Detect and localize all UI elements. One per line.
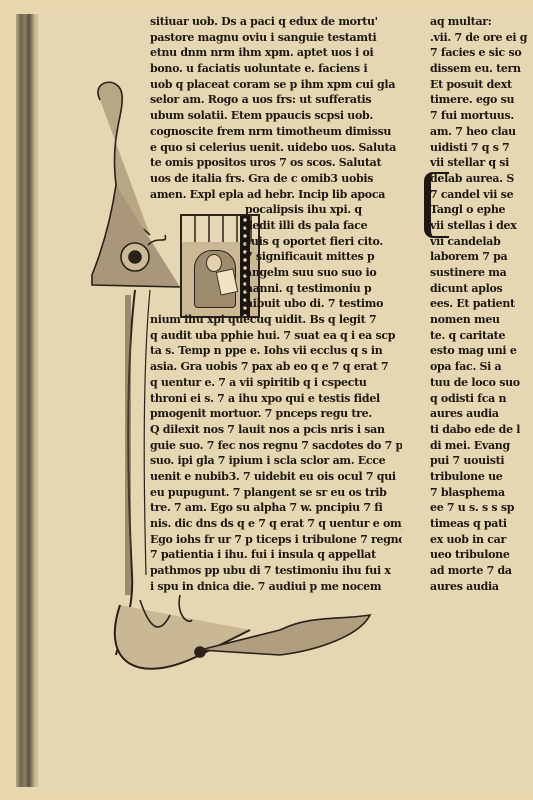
text-line: te omis ppositos uros 7 os scos. Salutat: [150, 155, 402, 171]
text-line: Tangl o ephe: [430, 202, 533, 218]
text-line: Ego iohs fr ur 7 p ticeps i tribulone 7 …: [150, 532, 402, 548]
text-line: 7 patientia i ihu. fui i insula q appell…: [150, 547, 402, 563]
text-line: q uentur e. 7 a vii spiritib q i cspectu: [150, 375, 402, 391]
text-line: eu pupugunt. 7 plangent se sr eu os trib: [150, 485, 402, 501]
text-line: q odisti fca n: [430, 391, 533, 407]
text-line: uob q placeat coram se p ihm xpm cui gla: [150, 77, 402, 93]
text-line: di mei. Evang: [430, 438, 533, 454]
text-line: timere. ego su: [430, 92, 533, 108]
right-text-column: aq multar: .vii. 7 de ore ei g 7 facies …: [430, 14, 533, 594]
text-line: pui 7 uouisti: [430, 453, 533, 469]
text-line: tribulone ue: [430, 469, 533, 485]
text-line: pastore magnu oviu i sanguie testamti: [150, 30, 402, 46]
text-line: hanni. q testimoniu p: [150, 281, 402, 297]
text-line: ee 7 u s. s s sp: [430, 500, 533, 516]
text-line: pocalipsis ihu xpi. q: [150, 202, 402, 218]
text-line: timeas q pati: [430, 516, 533, 532]
text-line: pathmos pp ubu di 7 testimoniu ihu fui x: [150, 563, 402, 579]
text-line: uidisti 7 q s 7: [430, 140, 533, 156]
text-line: guie suo. 7 fec nos regnu 7 sacdotes do …: [150, 438, 402, 454]
text-line: uos de italia frs. Gra de c omib3 uobis: [150, 171, 402, 187]
text-line: ta s. Temp n ppe e. Iohs vii ecclus q s …: [150, 343, 402, 359]
text-line: pmogenit mortuor. 7 pnceps regu tre.: [150, 406, 402, 422]
text-line: sitiuar uob. Ds a paci q edux de mortu': [150, 14, 402, 30]
text-line: bono. u faciatis uoluntate e. faciens i: [150, 61, 402, 77]
text-line: tuu de loco suo: [430, 375, 533, 391]
text-line: nomen meu: [430, 312, 533, 328]
text-line: .vii. 7 de ore ei g: [430, 30, 533, 46]
text-line: cognoscite frem nrm timotheum dimissu: [150, 124, 402, 140]
text-line: dedit illi ds pala face: [150, 218, 402, 234]
text-line: ad morte 7 da: [430, 563, 533, 579]
text-line: tre. 7 am. Ego su alpha 7 w. pncipiu 7 f…: [150, 500, 402, 516]
text-line: etnu dnm nrm ihm xpm. aptet uos i oi: [150, 45, 402, 61]
text-line: Et posuit dext: [430, 77, 533, 93]
text-line: hibuit ubo di. 7 testimo: [150, 296, 402, 312]
text-line: dissem eu. tern: [430, 61, 533, 77]
text-line: ees. Et patient: [430, 296, 533, 312]
text-line: ti dabo ede de l: [430, 422, 533, 438]
text-line: 7 facies e sic so: [430, 45, 533, 61]
text-line: aq multar:: [430, 14, 533, 30]
text-line: dicunt aplos: [430, 281, 533, 297]
text-line: 7 blasphema: [430, 485, 533, 501]
text-line: opa fac. Si a: [430, 359, 533, 375]
text-line: suo. ipi gla 7 ipium i scla sclor am. Ec…: [150, 453, 402, 469]
text-line: e quo si celerius uenit. uidebo uos. Sal…: [150, 140, 402, 156]
text-line: sustinere ma: [430, 265, 533, 281]
text-line: esto mag uni e: [430, 343, 533, 359]
text-line: angelm suu suo suo io: [150, 265, 402, 281]
text-line: selor am. Rogo a uos frs: ut sufferatis: [150, 92, 402, 108]
text-line: Q dilexit nos 7 lauit nos a pcis nris i …: [150, 422, 402, 438]
text-line: vii stellar q si: [430, 155, 533, 171]
text-line: am. 7 heo clau: [430, 124, 533, 140]
text-line: amen. Expl epla ad hebr. Incip lib apoca: [150, 187, 402, 203]
text-line: vii stellas i dex: [430, 218, 533, 234]
main-text-column: sitiuar uob. Ds a paci q edux de mortu' …: [150, 14, 402, 594]
text-line: 7 candel vii se: [430, 187, 533, 203]
text-line: aures audia: [430, 406, 533, 422]
text-line: laborem 7 pa: [430, 249, 533, 265]
gutter-edge: [36, 14, 38, 787]
text-line: nium ihu xpi quecuq uidit. Bs q legit 7: [150, 312, 402, 328]
binding-gutter: [16, 14, 36, 787]
text-line: throni ei s. 7 a ihu xpo qui e testis fi…: [150, 391, 402, 407]
text-line: aures audia: [430, 579, 533, 595]
text-line: delab aurea. S: [430, 171, 533, 187]
text-line: 7 significauit mittes p: [150, 249, 402, 265]
text-line: ex uob in car: [430, 532, 533, 548]
text-line: te. q caritate: [430, 328, 533, 344]
text-line: vii candelab: [430, 234, 533, 250]
text-line: q audit uba pphie hui. 7 suat ea q i ea …: [150, 328, 402, 344]
text-line: ubum solatii. Etem ppaucis scpsi uob.: [150, 108, 402, 124]
text-line: 7 fui mortuus.: [430, 108, 533, 124]
text-line: uenit e nubib3. 7 uidebit eu ois ocul 7 …: [150, 469, 402, 485]
text-line: asia. Gra uobis 7 pax ab eo q e 7 q erat…: [150, 359, 402, 375]
text-line: nis. dic dns ds q e 7 q erat 7 q uentur …: [150, 516, 402, 532]
text-line: i spu in dnica die. 7 audiui p me nocem: [150, 579, 402, 595]
text-line: suis q oportet fieri cito.: [150, 234, 402, 250]
text-line: ueo tribulone: [430, 547, 533, 563]
